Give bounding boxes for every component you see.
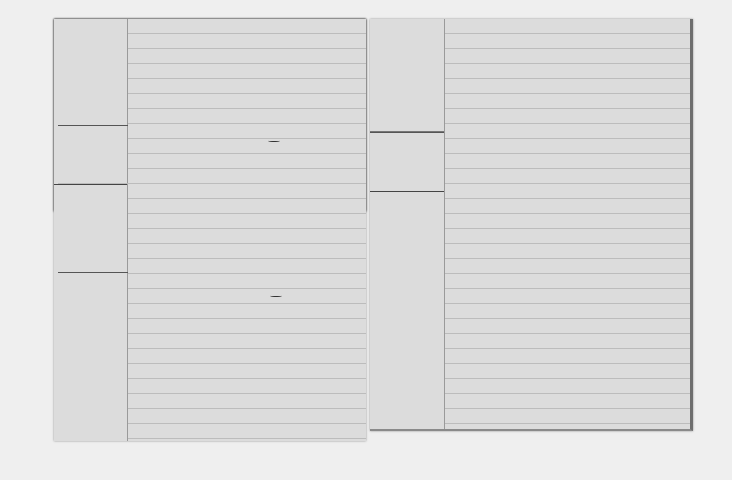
right-margin-column bbox=[370, 19, 445, 429]
left-register-sheet bbox=[54, 19, 366, 441]
entry-divider bbox=[58, 125, 128, 126]
entry-divider bbox=[54, 184, 127, 185]
entry-divider bbox=[370, 191, 444, 192]
right-page-paper bbox=[370, 19, 693, 431]
mayor-signature bbox=[270, 294, 282, 297]
left-margin-column bbox=[54, 19, 128, 441]
mayor-signature bbox=[268, 139, 280, 142]
entry-divider bbox=[58, 272, 128, 273]
right-ruled-lines bbox=[445, 19, 690, 429]
entry-divider bbox=[370, 132, 444, 133]
left-ruled-lines bbox=[128, 19, 366, 441]
